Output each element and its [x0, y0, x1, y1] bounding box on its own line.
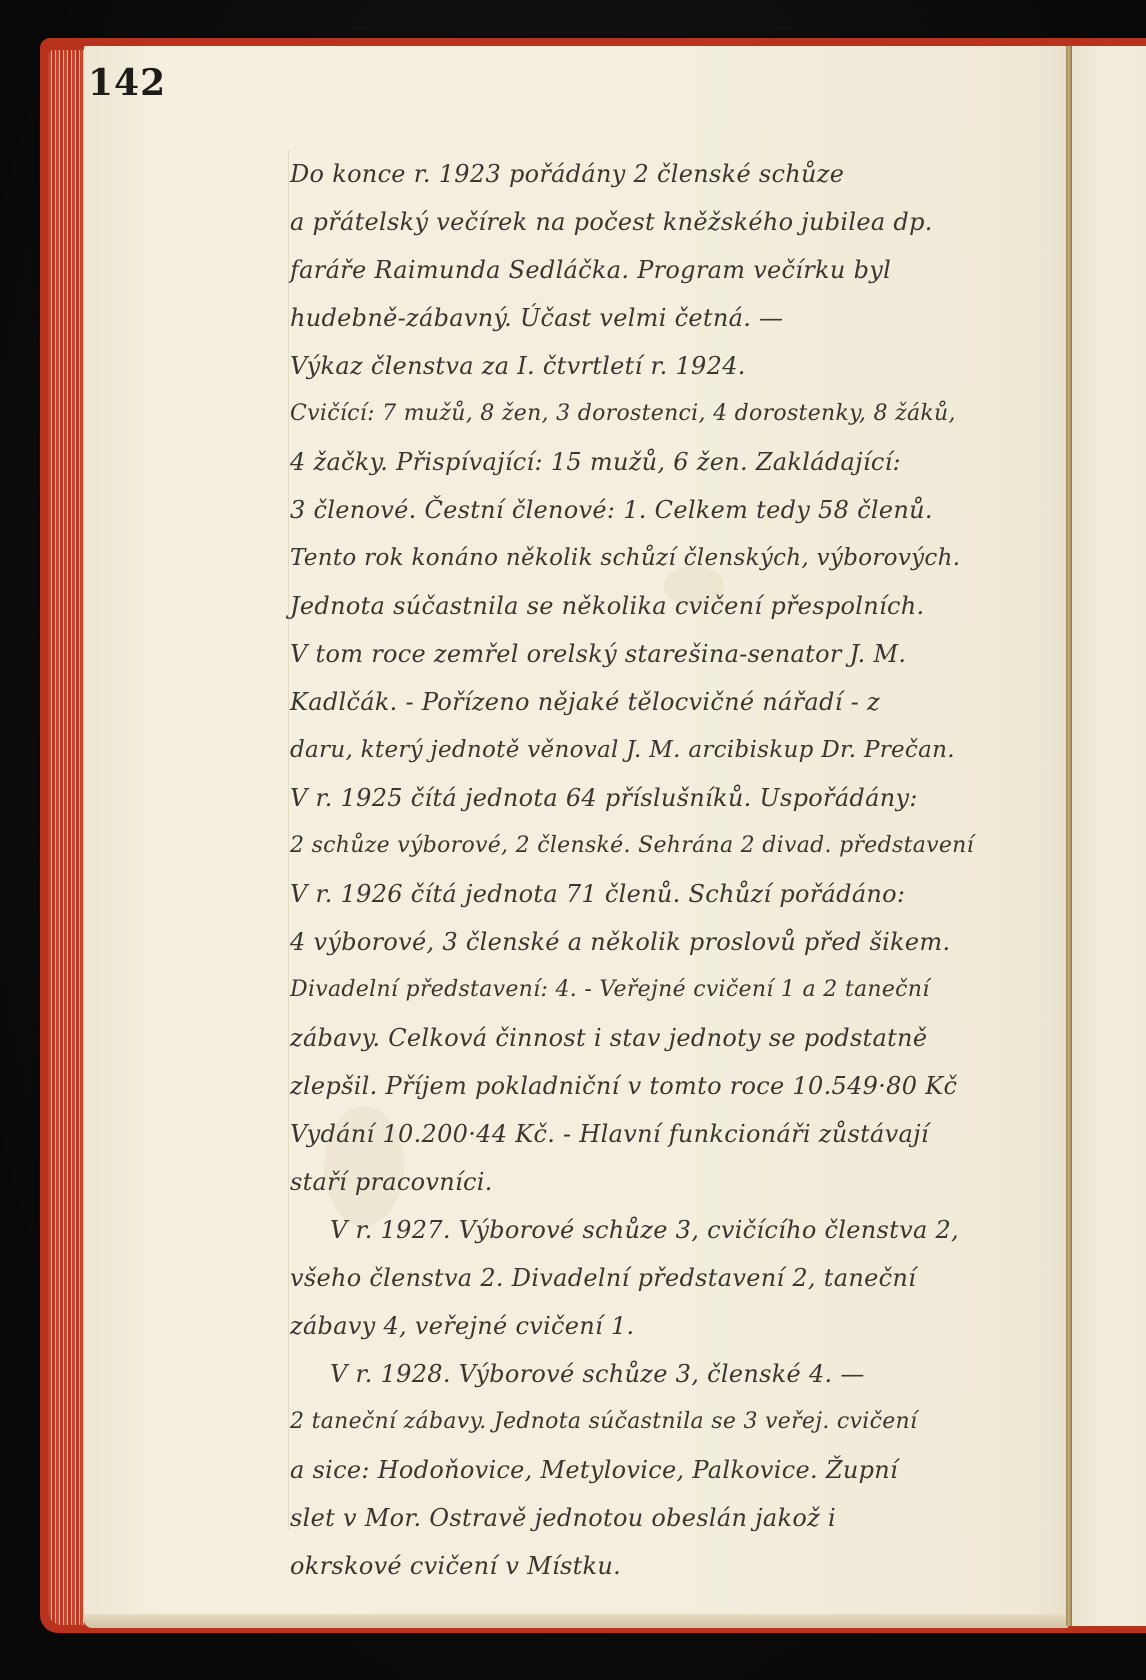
text-line: Kadlčák. - Pořízeno nějaké tělocvičné ná…: [290, 678, 1060, 726]
text-line: faráře Raimunda Sedláčka. Program večírk…: [290, 246, 1060, 294]
margin-line: [288, 150, 289, 1530]
page-number: 142: [88, 62, 166, 104]
text-line: 4 žačky. Přispívající: 15 mužů, 6 žen. Z…: [290, 438, 1060, 486]
text-line: a přátelský večírek na počest kněžského …: [290, 198, 1060, 246]
text-line: všeho členstva 2. Divadelní představení …: [290, 1254, 1060, 1302]
right-page: [1072, 46, 1146, 1626]
text-line: 2 taneční zábavy. Jednota súčastnila se …: [290, 1398, 1060, 1446]
text-line: Tento rok konáno několik schůzí členskýc…: [290, 534, 1060, 582]
text-line: Divadelní představení: 4. - Veřejné cvič…: [290, 966, 1060, 1014]
text-line: Cvičící: 7 mužů, 8 žen, 3 dorostenci, 4 …: [290, 390, 1060, 438]
text-line: daru, který jednotě věnoval J. M. arcibi…: [290, 726, 1060, 774]
text-line: okrskové cvičení v Místku.: [290, 1542, 1060, 1590]
text-line: V tom roce zemřel orelský starešina-sena…: [290, 630, 1060, 678]
text-line: V r. 1927. Výborové schůze 3, cvičícího …: [290, 1206, 1060, 1254]
text-line: slet v Mor. Ostravě jednotou obeslán jak…: [290, 1494, 1060, 1542]
text-line: 2 schůze výborové, 2 členské. Sehrána 2 …: [290, 822, 1060, 870]
page-bottom-edge: [84, 1614, 1068, 1628]
text-line: Do konce r. 1923 pořádány 2 členské schů…: [290, 150, 1060, 198]
book-photo: 142 Do konce r. 1923 pořádány 2 členské …: [0, 0, 1146, 1680]
text-line: zábavy. Celková činnost i stav jednoty s…: [290, 1014, 1060, 1062]
text-line: zábavy 4, veřejné cvičení 1.: [290, 1302, 1060, 1350]
text-line: a sice: Hodoňovice, Metylovice, Palkovic…: [290, 1446, 1060, 1494]
text-line: staří pracovníci.: [290, 1158, 1060, 1206]
text-line: V r. 1928. Výborové schůze 3, členské 4.…: [290, 1350, 1060, 1398]
text-line: 4 výborové, 3 členské a několik proslovů…: [290, 918, 1060, 966]
text-line: zlepšil. Příjem pokladniční v tomto roce…: [290, 1062, 1060, 1110]
text-line: 3 členové. Čestní členové: 1. Celkem ted…: [290, 486, 1060, 534]
text-line: Výkaz členstva za I. čtvrtletí r. 1924.: [290, 342, 1060, 390]
handwritten-text: Do konce r. 1923 pořádány 2 členské schů…: [290, 150, 1060, 1590]
text-line: V r. 1926 čítá jednota 71 členů. Schůzí …: [290, 870, 1060, 918]
page-stack-edges: [48, 50, 86, 1625]
text-line: V r. 1925 čítá jednota 64 příslušníků. U…: [290, 774, 1060, 822]
text-line: Vydání 10.200·44 Kč. - Hlavní funkcionář…: [290, 1110, 1060, 1158]
text-line: hudebně-zábavný. Účast velmi četná. —: [290, 294, 1060, 342]
text-line: Jednota súčastnila se několika cvičení p…: [290, 582, 1060, 630]
